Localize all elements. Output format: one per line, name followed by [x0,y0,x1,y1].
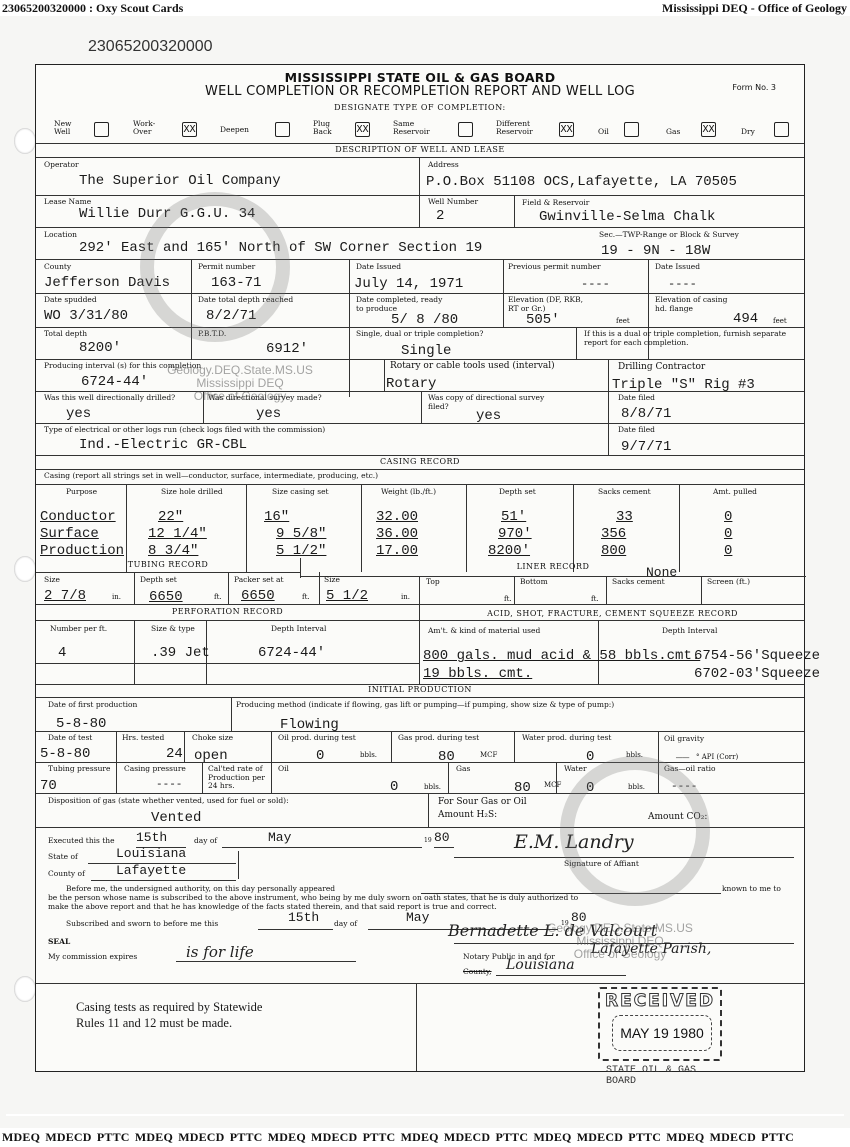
sheet-edge [6,1114,844,1116]
tubing-pressure-value: 70 [40,778,57,794]
divider [134,620,135,684]
commission-value: is for life [186,943,254,961]
divider [576,327,577,359]
subscribed-month: May [406,910,429,925]
first-production-label: Date of first production [48,701,137,710]
divider [36,697,804,698]
gas-rate-label: Gas [456,765,470,774]
completion-label: Oil [598,128,609,136]
liner-sacks-label: Sacks cement [612,578,665,587]
previous-date-issued-label: Date Issued [655,263,700,272]
scanned-document: 23065200320000 MISSISSIPPI STATE OIL & G… [0,16,850,1128]
divider [231,697,232,731]
date-filed-1-label: Date filed [618,394,655,403]
tubing-depth-unit: ft. [214,593,222,601]
divider [246,484,247,572]
tubing-record-heading: TUBING RECORD [36,560,300,569]
acid-record-heading: ACID, SHOT, FRACTURE, CEMENT SQUEEZE REC… [419,609,806,618]
casing-cell: Conductor [40,509,116,525]
casing-cell: 33 [616,509,633,525]
divider [573,484,574,572]
form-title: WELL COMPLETION OR RECOMPLETION REPORT A… [36,84,804,99]
previous-permit-label: Previous permit number [508,263,601,272]
operator-value: The Superior Oil Company [79,173,281,189]
completion-count-label: Single, dual or triple completion? [356,330,483,339]
liner-size-value: 5 1/2 [326,588,368,604]
executed-year: 80 [434,830,450,845]
elevation-label: Elevation (DF, RKB, RT or Gr.) [508,296,588,313]
sec-twp-range-value: 19 - 9N - 18W [601,243,710,259]
completion-label: Deepen [220,126,249,134]
agency-heading: MISSISSIPPI STATE OIL & GAS BOARD [36,70,804,85]
previous-date-issued-value: ---- [668,277,697,291]
date-filed-1-value: 8/8/71 [621,406,671,422]
oil-during-test-label: Oil prod. during test [278,734,356,743]
casing-col-header: Amt. pulled [713,488,757,497]
completion-label: Same Reservoir [393,120,441,136]
divider [419,604,420,684]
subscribed-day: 15th [288,910,319,925]
gas-during-test-label: Gas prod. during test [398,734,479,743]
executed-day: 15th [136,830,167,845]
casing-col-header: Depth set [499,488,536,497]
notary-county-label: County, [463,968,492,977]
underline [434,847,454,848]
dual-completion-note: If this is a dual or triple completion, … [584,330,794,347]
divider [36,455,804,456]
checkbox-deepen[interactable] [275,122,290,137]
elevation-unit: feet [616,317,630,325]
divider [36,327,804,328]
casing-cell: 16" [264,509,289,525]
previous-permit-value: ---- [581,277,610,291]
divider [202,762,203,793]
packer-set-label: Packer set at [234,576,284,585]
casing-col-header: Purpose [66,488,97,497]
elevation-casing-value: 494 [733,311,758,327]
liner-record-heading: LINER RECORD [300,562,806,571]
location-label: Location [44,231,77,240]
checkbox-oil[interactable] [624,122,639,137]
perf-col-header: Number per ft. [50,625,107,634]
acid-col-header: Am't. & kind of material used [428,627,540,636]
underline [176,961,356,962]
casing-cell: 36.00 [376,526,418,542]
producing-interval-value: 6724-44' [81,374,148,390]
punch-hole [14,976,36,1002]
underline [496,975,626,976]
liner-bottom-label: Bottom [520,578,548,587]
disposition-label: Disposition of gas (state whether vented… [48,797,289,806]
state-value: Louisiana [116,846,186,861]
choke-size-label: Choke size [192,734,233,743]
checkbox-gas[interactable]: XX [701,122,716,137]
liner-top-label: Top [426,578,440,587]
checkbox-dry[interactable] [774,122,789,137]
divider [391,731,392,762]
divider [36,484,804,485]
watermark-text: Geology.DEQ.State.MS.US Mississippi DEQ … [520,922,720,961]
section-description-heading: DESCRIPTION OF WELL AND LEASE [36,145,804,154]
date-of-test-label: Date of test [48,734,92,743]
record-title: 23065200320000 : Oxy Scout Cards [2,0,183,16]
oil-rate-label: Oil [278,765,289,774]
gas-during-test-unit: MCF [480,751,497,759]
casing-col-header: Weight (lb./ft.) [381,488,436,497]
oath-known: known to me to [722,885,781,894]
casing-note: Casing (report all strings set in well—c… [44,472,378,481]
hrs-tested-label: Hrs. tested [122,734,164,743]
tubing-depth-value: 6650 [149,589,183,605]
casing-pressure-value: ---- [156,779,182,791]
completion-count-value: Single [401,343,451,359]
divider [514,731,515,762]
underline [222,847,422,848]
address-label: Address [428,161,459,170]
initial-production-heading: INITIAL PRODUCTION [36,685,804,694]
divider [384,359,385,391]
divider [606,576,607,604]
acid-col-header: Depth Interval [662,627,717,636]
divider [36,620,804,621]
completion-type-row: New Well Work-Over XX Deepen Plug Back X… [36,120,804,144]
date-completed-label: Date completed, ready to produce [356,296,451,313]
well-number-value: 2 [436,208,444,224]
total-depth-label: Total depth [44,330,87,339]
api-number: 23065200320000 [88,38,213,56]
completion-label: Gas [666,128,680,136]
viewer-titlebar: 23065200320000 : Oxy Scout Cards Mississ… [0,0,850,16]
pbtd-value: 6912' [266,341,308,357]
divider [36,143,804,144]
completion-label: Dry [741,128,755,136]
watermark-line: Office of Geology [150,390,330,403]
casing-test-note-2: Rules 11 and 12 must be made. [76,1016,232,1031]
executed-month: May [268,830,291,845]
casing-cell: 0 [724,526,732,542]
divider [36,604,804,605]
tubing-size-value: 2 7/8 [44,588,86,604]
tools-used-value: Rotary [386,376,436,392]
oil-rate-unit: bbls. [424,783,441,791]
liner-size-label: Size [324,576,340,585]
viewer-footer: MDEQ MDECD PTTC MDEQ MDECD PTTC MDEQ MDE… [0,1128,850,1147]
divider [419,195,420,227]
casing-pressure-label: Casing pressure [124,765,186,774]
divider [36,731,804,732]
casing-cell: Production [40,543,124,559]
divider [416,983,417,1071]
divider [36,423,804,424]
casing-col-header: Size casing set [272,488,329,497]
gas-rate-unit: MCF [544,781,561,789]
completion-type-heading: DESIGNATE TYPE OF COMPLETION: [36,103,804,112]
liner-top-unit: ft. [504,595,512,603]
divider [361,484,362,572]
packer-set-unit: ft. [302,593,310,601]
liner-size-unit: in. [401,593,410,601]
oil-gravity-label: Oil gravity [664,735,704,744]
day-of-label: day of [194,837,217,846]
divider [36,157,804,158]
drilling-contractor-label: Drilling Contractor [618,363,705,372]
acid-cell: 6754-56'Squeeze [694,648,820,664]
logs-run-label: Type of electrical or other logs run (ch… [44,426,325,435]
received-date: MAY 19 1980 [612,1015,712,1051]
completion-label: Work-Over [133,120,167,136]
casing-cell: 970' [498,526,532,542]
subscribed-day-of: day of [334,920,357,929]
address-value: P.O.Box 51108 OCS,Lafayette, LA 70505 [426,174,737,190]
disposition-value: Vented [151,810,201,826]
executed-prefix: Executed this the [48,837,115,846]
divider [421,391,422,423]
state-label: State of [48,853,78,862]
hrs-tested-value: 24 [166,746,183,762]
year-prefix: 19 [424,837,432,846]
tools-used-label: Rotary or cable tools used (interval) [390,362,555,371]
bracket [238,851,239,879]
survey-copy-value: yes [476,408,501,424]
received-label: RECEIVED [604,991,716,1011]
liner-screen-label: Screen (ft.) [707,578,750,587]
elevation-value: 505' [526,312,560,328]
sec-twp-range-label: Sec.—TWP-Range or Block & Survey [599,231,739,240]
watermark-logo [560,756,710,906]
divider [36,469,804,470]
oath-text-3: make the above report and that he has kn… [48,903,497,912]
casing-cell: 8 3/4" [148,543,198,559]
casing-cell: 800 [601,543,626,559]
casing-test-note-1: Casing tests as required by Statewide [76,1000,262,1015]
water-rate-label: Water [564,765,587,774]
underline [91,880,236,881]
received-sub: STATE OIL & GAS BOARD [606,1065,720,1087]
casing-cell: 8200' [488,543,530,559]
divider [228,572,229,604]
elevation-casing-unit: feet [773,317,787,325]
field-reservoir-label: Field & Reservoir [522,199,589,208]
casing-cell: 22" [158,509,183,525]
divider [514,195,515,227]
divider [319,572,320,604]
divider [36,663,419,664]
acid-cell: 800 gals. mud acid & 58 bbls.cmt. [423,648,700,664]
tubing-depth-label: Depth set [140,576,177,585]
divider [608,359,609,455]
producing-method-label: Producing method (indicate if flowing, g… [236,701,614,710]
agency-title: Mississippi DEQ - Office of Geology [662,0,847,16]
underline [258,929,333,930]
divider [36,195,804,196]
divider [419,157,420,195]
divider [134,572,135,604]
divider [36,572,300,573]
checkbox-new-well[interactable] [94,122,109,137]
punch-hole [14,556,36,582]
divider [349,259,350,397]
watermark-line: Office of Geology [520,948,720,961]
casing-record-heading: CASING RECORD [36,457,804,466]
checkbox-same-reservoir[interactable] [458,122,473,137]
divider [300,558,301,578]
perf-col-header: Depth Interval [271,625,326,634]
checkbox-different-reservoir[interactable]: XX [559,122,574,137]
liner-bottom-unit: ft. [591,595,599,603]
casing-cell: 51' [501,509,526,525]
field-reservoir-value: Gwinville-Selma Chalk [539,209,715,225]
casing-cell: 0 [724,509,732,525]
oil-gravity-value: __ [676,749,689,761]
h2s-label: Amount H₂S: [438,811,497,820]
divider [448,762,449,793]
divider [36,359,804,360]
casing-cell: 9 5/8" [276,526,326,542]
oil-during-test-unit: bbls. [360,751,377,759]
oil-gravity-unit: ° API (Corr) [696,753,738,761]
checkbox-plug-back[interactable]: XX [355,122,370,137]
casing-col-header: Sacks cement [598,488,651,497]
date-spudded-value: WO 3/31/80 [44,308,128,324]
divider [514,576,515,604]
perf-col-header: Size & type [151,625,195,634]
date-completed-value: 5/ 8 /80 [391,312,458,328]
received-stamp: RECEIVED MAY 19 1980 STATE OIL & GAS BOA… [598,987,722,1061]
directionally-drilled-value: yes [66,406,91,422]
acid-cell: 6702-03'Squeeze [694,666,820,682]
county-of-label: County of [48,870,85,879]
tubing-pressure-label: Tubing pressure [48,765,110,774]
directional-survey-value: yes [256,406,281,422]
divider [466,484,467,572]
county-of-value: Lafayette [116,863,186,878]
divider [126,484,127,572]
punch-hole [14,128,36,154]
date-issued-value: July 14, 1971 [354,276,463,292]
acid-cell: 19 bbls. cmt. [423,666,532,682]
date-filed-2-value: 9/7/71 [621,439,671,455]
logs-run-value: Ind.-Electric GR-CBL [79,437,247,453]
perf-cell: .39 Jet [151,645,210,661]
perf-cell: 4 [58,645,66,661]
checkbox-work-over[interactable]: XX [182,122,197,137]
completion-label: Different Reservoir [496,120,544,136]
casing-cell: 32.00 [376,509,418,525]
date-issued-label: Date Issued [356,263,401,272]
date-spudded-label: Date spudded [44,296,97,305]
tubing-size-unit: in. [112,593,121,601]
perforation-record-heading: PERFORATION RECORD [36,607,419,616]
total-depth-value: 8200' [79,340,121,356]
casing-cell: 5 1/2" [276,543,326,559]
divider [184,731,185,762]
divider [36,983,804,984]
well-number-label: Well Number [428,198,478,207]
commission-label: My commission expires [48,953,137,962]
casing-cell: 0 [724,543,732,559]
casing-cell: 356 [601,526,626,542]
elevation-casing-label: Elevation of casing hd. flange [655,296,740,313]
divider [679,484,680,572]
date-filed-2-label: Date filed [618,426,655,435]
completion-label: Plug Back [313,120,341,136]
watermark-text: Geology.DEQ.State.MS.US Mississippi DEQ … [150,364,330,403]
operator-label: Operator [44,161,79,170]
divider [428,793,429,827]
subscribed-prefix: Subscribed and sworn to before me this [66,920,218,929]
divider [556,762,557,793]
perf-cell: 6724-44' [258,645,325,661]
watermark-logo [140,192,290,342]
calc-rate-label: Cal'ted rate of Production per 24 hrs. [208,765,268,791]
divider [36,762,804,763]
form-number: Form No. 3 [732,83,776,92]
divider [701,576,702,604]
casing-col-header: Size hole drilled [161,488,223,497]
completion-label: New Well [54,120,84,136]
date-of-test-value: 5-8-80 [40,746,90,762]
water-during-test-label: Water prod. during test [522,734,611,743]
tubing-size-label: Size [44,576,60,585]
casing-cell: Surface [40,526,99,542]
seal-label: SEAL [48,938,70,947]
packer-set-value: 6650 [241,588,275,604]
sour-gas-label: For Sour Gas or Oil [438,798,527,807]
casing-cell: 17.00 [376,543,418,559]
casing-cell: 12 1/4" [148,526,207,542]
county-label: County [44,263,71,272]
first-production-value: 5-8-80 [56,716,106,732]
